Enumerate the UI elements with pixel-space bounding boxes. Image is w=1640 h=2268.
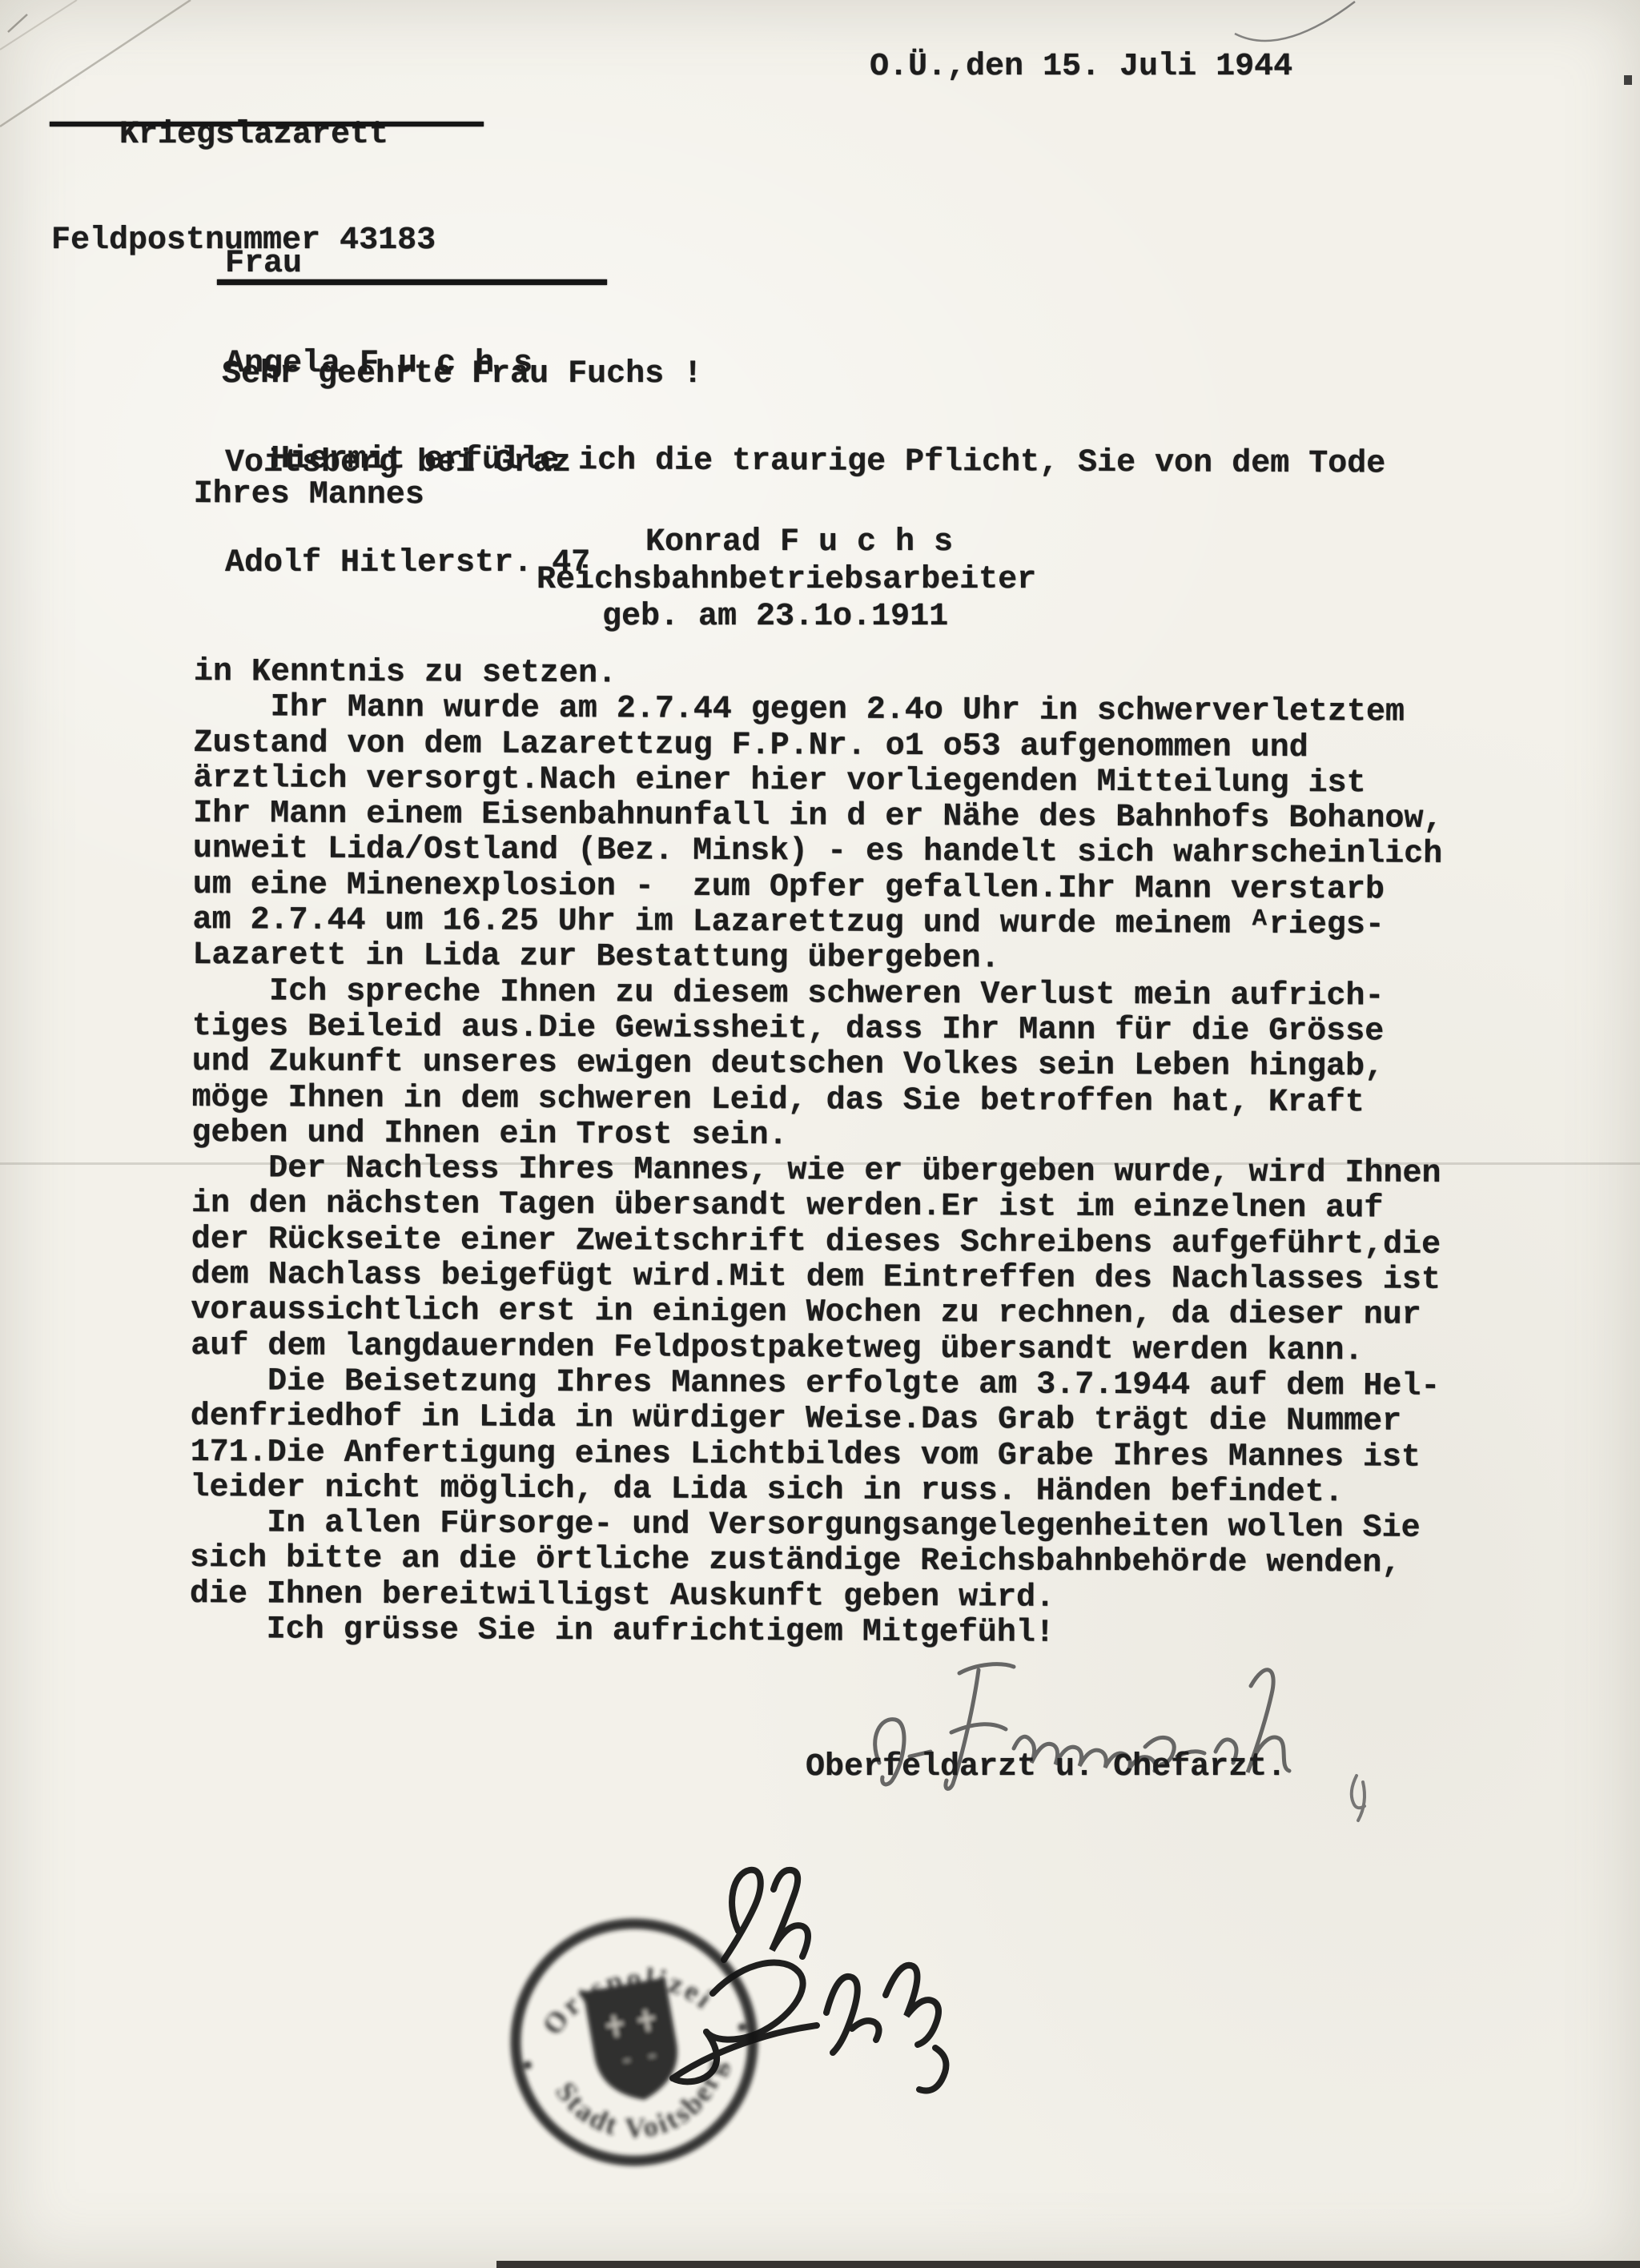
- deceased-occupation: Reichsbahnbetriebsarbeiter: [537, 563, 1036, 598]
- dateline: O.Ü.,den 15. Juli 1944: [870, 50, 1292, 85]
- scan-arc-artifact: [1233, 0, 1377, 56]
- pencil-mark: [1339, 1771, 1387, 1867]
- scan-speck: [1624, 75, 1632, 85]
- intro-paragraph: Hiermit erfülle ich die traurige Pflicht…: [194, 442, 1386, 518]
- salutation: Sehr geehrte Frau Fuchs !: [222, 357, 702, 392]
- scan-edge-shadow-bottom: [496, 2261, 1640, 2268]
- recipient-salutation-word: Frau: [225, 247, 590, 281]
- letterhead-underline: [50, 122, 484, 126]
- closing-title: Oberfeldarzt u. Chefarzt.: [806, 1750, 1286, 1785]
- deceased-name: Konrad F u c h s: [645, 525, 953, 560]
- recipient-street: Adolf Hitlerstr. 47: [225, 547, 590, 580]
- letter-body: in Kenntnis zu setzen. Ihr Mann wurde am…: [190, 655, 1444, 1653]
- scanned-letter-page: Kriegslazarett Feldpostnummer 43183 O.Ü.…: [0, 0, 1640, 2268]
- recipient-address: Frau Angela F u c h s Voitsberg bei Graz…: [225, 181, 590, 646]
- handwritten-signature-pencil: [857, 1643, 1321, 1819]
- deceased-birthdate: geb. am 23.1o.1911: [602, 600, 948, 635]
- recipient-town-underline: [217, 279, 607, 285]
- handwritten-signature-ink: [617, 1841, 993, 2105]
